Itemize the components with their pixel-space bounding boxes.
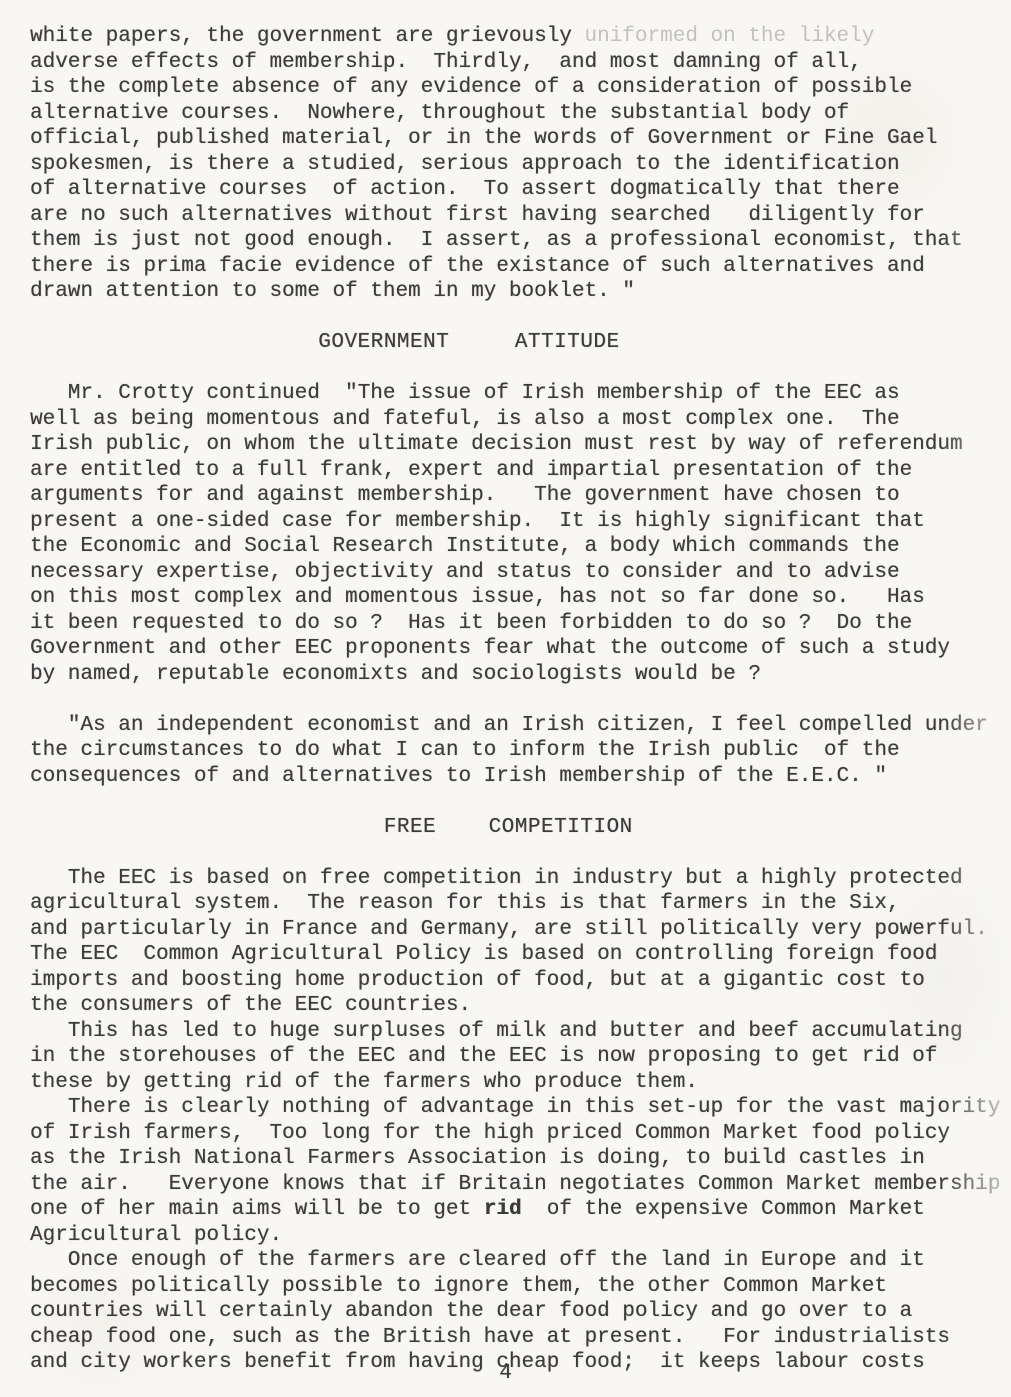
paragraph-line: the circumstances to do what I can to in…	[30, 738, 1011, 764]
paragraph-line: of alternative courses of action. To ass…	[30, 177, 1011, 203]
paragraph-line: these by getting rid of the farmers who …	[30, 1070, 1011, 1096]
paragraph-line: it been requested to do so ? Has it been…	[30, 611, 1011, 637]
bold-ink-text: rid	[484, 1198, 522, 1221]
paragraph-line: alternative courses. Nowhere, throughout…	[30, 101, 1011, 127]
paragraph-line: are no such alternatives without first h…	[30, 203, 1011, 229]
paragraph-crotty-continued: Mr. Crotty continued "The issue of Irish…	[30, 381, 1011, 687]
paragraph-line: the Economic and Social Research Institu…	[30, 534, 1011, 560]
paragraph-line: and particularly in France and Germany, …	[30, 917, 1011, 943]
paragraph-line: white papers, the government are grievou…	[30, 24, 1011, 50]
paragraph-line: consequences of and alternatives to Iris…	[30, 764, 1011, 790]
heading-free-competition: FREE COMPETITION	[30, 815, 1011, 841]
paragraph-white-papers: white papers, the government are grievou…	[30, 24, 1011, 305]
paragraph-line: are entitled to a full frank, expert and…	[30, 458, 1011, 484]
paragraph-line: adverse effects of membership. Thirdly, …	[30, 50, 1011, 76]
paragraph-surpluses: This has led to huge surpluses of milk a…	[30, 1019, 1011, 1096]
paragraph-line: Mr. Crotty continued "The issue of Irish…	[30, 381, 1011, 407]
faded-text: uniformed on the likely	[585, 25, 875, 48]
paragraph-line: by named, reputable economixts and socio…	[30, 662, 1011, 688]
paragraph-line: the consumers of the EEC countries.	[30, 993, 1011, 1019]
document-page: white papers, the government are grievou…	[0, 0, 1011, 1397]
paragraph-line: imports and boosting home production of …	[30, 968, 1011, 994]
page-number: 4	[0, 1361, 1011, 1387]
paragraph-line: The EEC Common Agricultural Policy is ba…	[30, 942, 1011, 968]
paragraph-line: on this most complex and momentous issue…	[30, 585, 1011, 611]
paragraph-line: as the Irish National Farmers Associatio…	[30, 1146, 1011, 1172]
paragraph-line: well as being momentous and fateful, is …	[30, 407, 1011, 433]
paragraph-line: the air. Everyone knows that if Britain …	[30, 1172, 1011, 1198]
paragraph-independent-economist: "As an independent economist and an Iris…	[30, 713, 1011, 790]
paragraph-line: present a one-sided case for membership.…	[30, 509, 1011, 535]
paragraph-farmers-cleared: Once enough of the farmers are cleared o…	[30, 1248, 1011, 1376]
paragraph-line: becomes politically possible to ignore t…	[30, 1274, 1011, 1300]
paragraph-line: arguments for and against membership. Th…	[30, 483, 1011, 509]
paragraph-no-advantage: There is clearly nothing of advantage in…	[30, 1095, 1011, 1248]
heading-line: GOVERNMENT ATTITUDE	[30, 330, 1011, 356]
paragraph-line: there is prima facie evidence of the exi…	[30, 254, 1011, 280]
paragraph-line: The EEC is based on free competition in …	[30, 866, 1011, 892]
paragraph-line: in the storehouses of the EEC and the EE…	[30, 1044, 1011, 1070]
paragraph-eec-free-competition: The EEC is based on free competition in …	[30, 866, 1011, 1019]
paragraph-line: necessary expertise, objectivity and sta…	[30, 560, 1011, 586]
paragraph-line: "As an independent economist and an Iris…	[30, 713, 1011, 739]
paragraph-line: official, published material, or in the …	[30, 126, 1011, 152]
paragraph-line: Irish public, on whom the ultimate decis…	[30, 432, 1011, 458]
paragraph-line: spokesmen, is there a studied, serious a…	[30, 152, 1011, 178]
paragraph-line: of Irish farmers, Too long for the high …	[30, 1121, 1011, 1147]
heading-government-attitude: GOVERNMENT ATTITUDE	[30, 330, 1011, 356]
document-content: white papers, the government are grievou…	[30, 24, 1011, 1376]
paragraph-line: them is just not good enough. I assert, …	[30, 228, 1011, 254]
paragraph-line: drawn attention to some of them in my bo…	[30, 279, 1011, 305]
paragraph-line: countries will certainly abandon the dea…	[30, 1299, 1011, 1325]
paragraph-line: Agricultural policy.	[30, 1223, 1011, 1249]
paragraph-line: cheap food one, such as the British have…	[30, 1325, 1011, 1351]
paragraph-line: agricultural system. The reason for this…	[30, 891, 1011, 917]
paragraph-line: There is clearly nothing of advantage in…	[30, 1095, 1011, 1121]
paragraph-line: one of her main aims will be to get rid …	[30, 1197, 1011, 1223]
paragraph-line: is the complete absence of any evidence …	[30, 75, 1011, 101]
paragraph-line: This has led to huge surpluses of milk a…	[30, 1019, 1011, 1045]
heading-line: FREE COMPETITION	[30, 815, 1011, 841]
paragraph-line: Once enough of the farmers are cleared o…	[30, 1248, 1011, 1274]
paragraph-line: Government and other EEC proponents fear…	[30, 636, 1011, 662]
